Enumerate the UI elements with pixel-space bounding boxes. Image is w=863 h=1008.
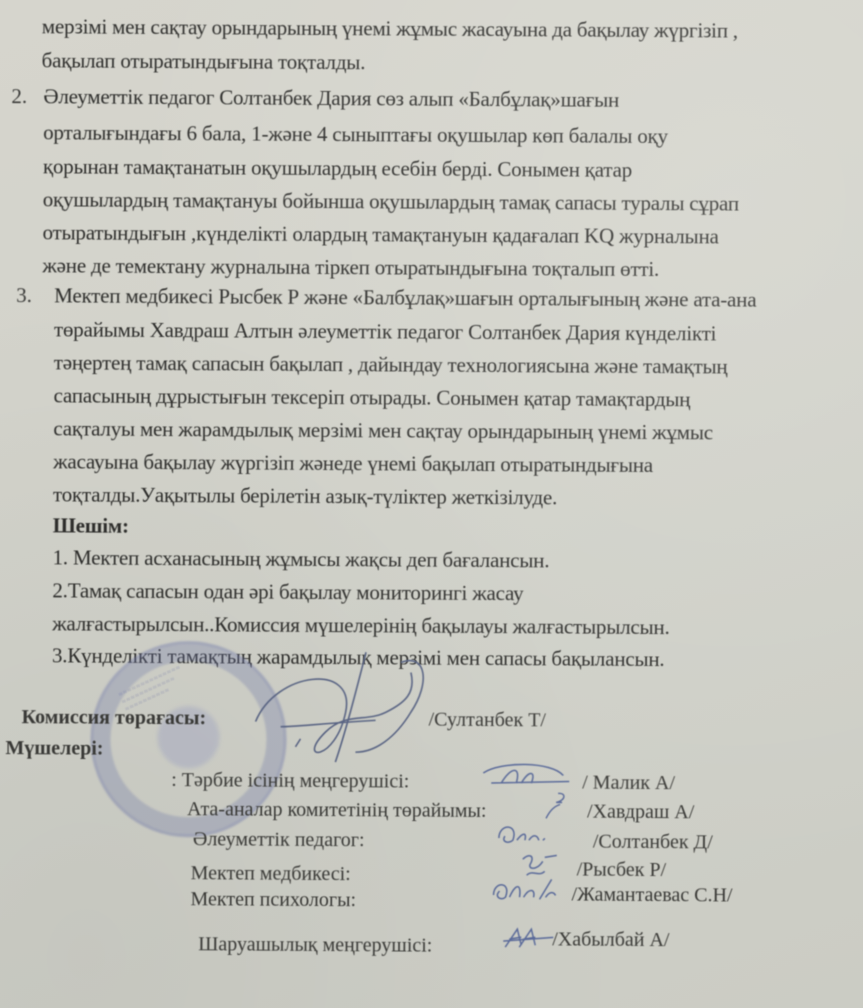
item-3-line: жасауына бақылау жүргізіп жәнеде үнемі б… <box>53 449 653 478</box>
member-name: /Солтанбек Д/ <box>593 831 713 855</box>
chair-signature-icon <box>235 651 436 762</box>
members-label: Мүшелері: <box>5 737 103 761</box>
member-name: /Хабылбай А/ <box>552 928 669 952</box>
chair-label: Комиссия төрағасы: <box>22 706 207 730</box>
member-name: / Малик А/ <box>582 772 675 796</box>
item-2-line: және де темектану журналына тіркеп отыра… <box>42 253 659 282</box>
member-signature-icon <box>481 761 571 792</box>
item-3-line: сапасының дұрыстығын тексеріп отырады. С… <box>54 383 691 412</box>
decision-line: 2.Тамақ сапасын одан әрі бақылау монитор… <box>52 578 523 606</box>
member-role: Әлеуметтік педагог: <box>193 828 365 852</box>
decision-heading: Шешім: <box>53 513 129 538</box>
member-signature-icon <box>540 790 575 820</box>
item-2-line: оқушылардың тамақтануы бойынша оқушылард… <box>43 187 739 216</box>
chair-name: /Султанбек Т/ <box>429 709 546 733</box>
item-2-line: қорынан тамақтанатын оқушылардың есебін … <box>43 154 632 183</box>
decision-line: жалғастырылсын..Комиссия мүшелерінің бақ… <box>52 611 670 640</box>
item-2-line: орталығындағы 6 бала, 1-және 4 сыныптағы… <box>43 120 668 149</box>
member-role: Шаруашылық меңгерушісі: <box>198 933 432 957</box>
member-signature-icon <box>489 875 559 905</box>
member-name: /Рысбек Р/ <box>577 859 667 883</box>
continuation-line: мерзімі мен сақтау орындарының үнемі жұм… <box>42 14 738 43</box>
member-role: Мектеп психологы: <box>190 888 356 912</box>
decision-line: 1. Мектеп асханасының жұмысы жақсы деп б… <box>53 545 550 573</box>
item-3-line: тәңертең тамақ сапасын бақылап , дайында… <box>54 350 728 379</box>
member-role: Ата-аналар комитетінің төрайымы: <box>187 798 487 823</box>
member-role: : Тәрбие ісінің меңгерушісі: <box>171 769 409 793</box>
member-role: Мектеп медбикесі: <box>191 862 351 886</box>
item-3-line: тоқталды.Уақытылы берілетін азық-түлікте… <box>53 482 557 510</box>
member-name: /Хавдраш А/ <box>587 801 694 825</box>
document-page: мерзімі мен сақтау орындарының үнемі жұм… <box>0 0 863 1008</box>
item-2-line: отыратындығын ,күнделікті олардың тамақт… <box>43 220 719 249</box>
item-3-line: төрайымы Хавдраш Алтын әлеуметтік педаго… <box>54 317 716 346</box>
item-number: 2. <box>11 84 27 109</box>
member-signature-icon <box>495 818 555 848</box>
item-3-line: сақталуы мен жарамдылық мерзімі мен сақт… <box>53 416 713 445</box>
item-2-line: Әлеуметтік педагог Солтанбек Дария сөз а… <box>43 84 619 113</box>
continuation-line: бақылап отыратындығына тоқталды. <box>42 48 366 75</box>
member-name: /Жамантаевас С.Н/ <box>571 884 732 908</box>
item-3-line: Мектеп медбикесі Рысбек Р және «Балбұлақ… <box>54 283 756 312</box>
member-signature-icon <box>501 923 556 953</box>
item-number: 3. <box>16 283 32 308</box>
